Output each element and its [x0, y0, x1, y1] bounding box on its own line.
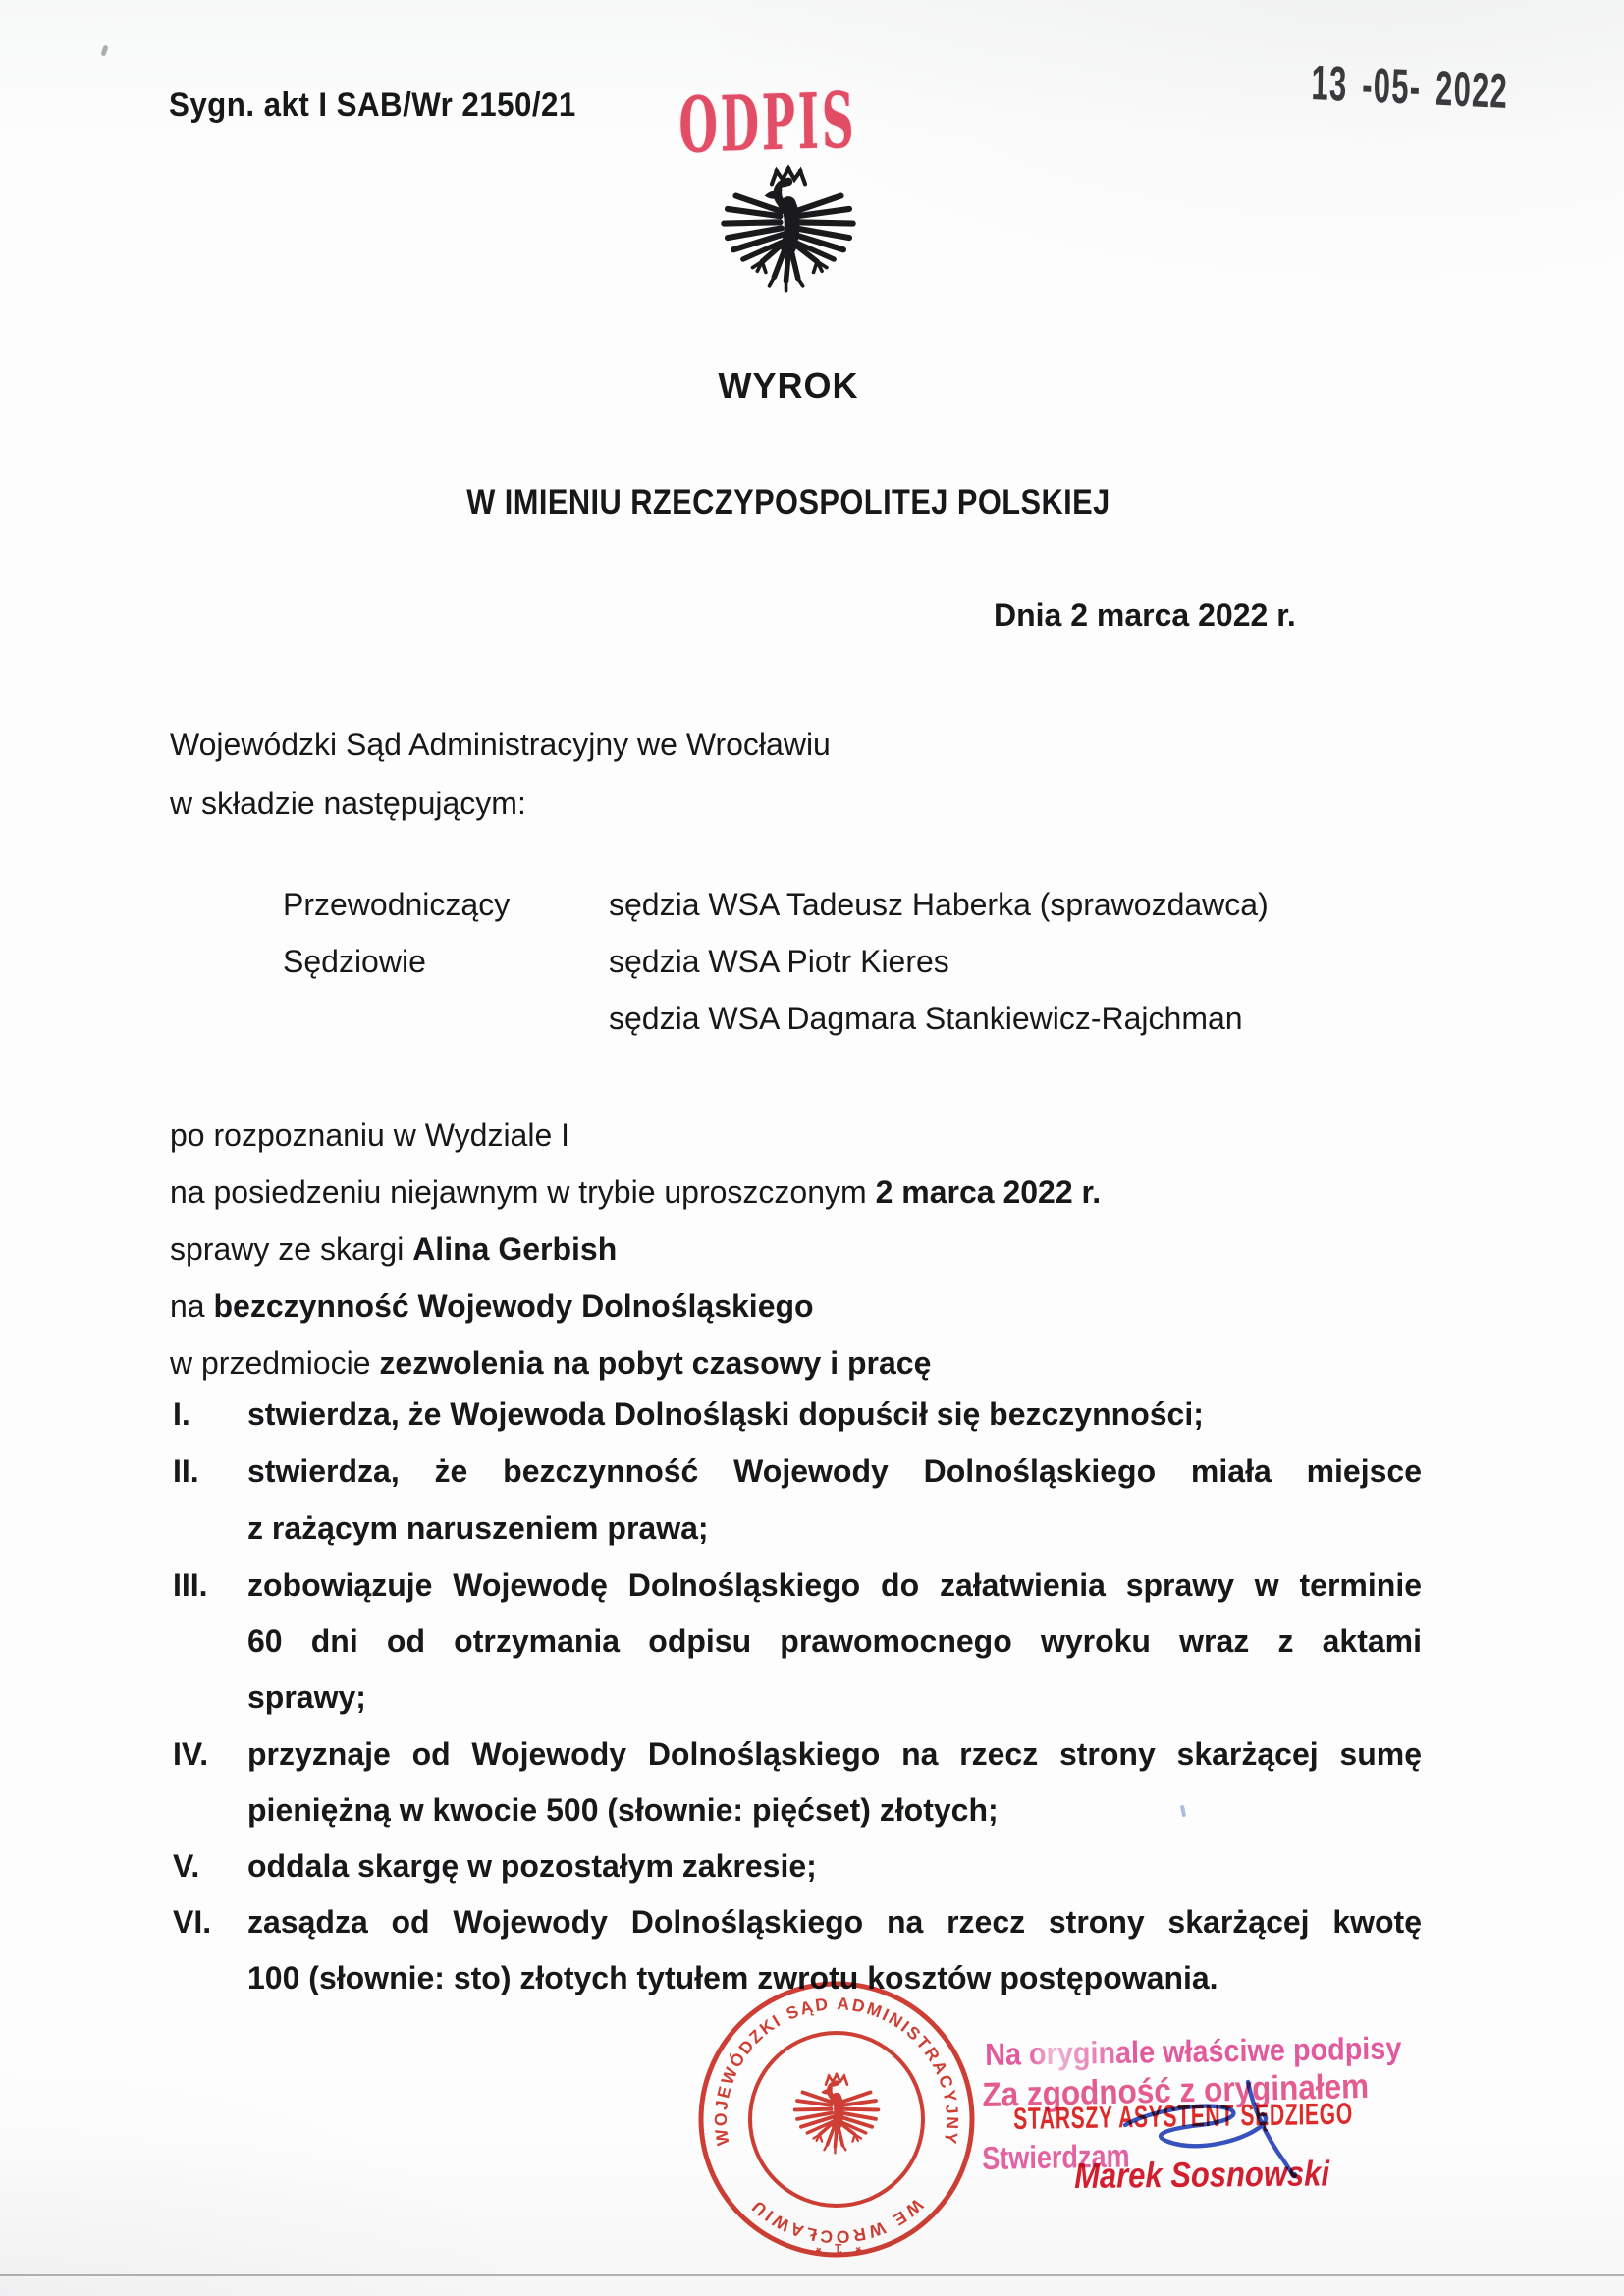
- certification-line-1: Na oryginale właściwe podpisy: [985, 2030, 1402, 2072]
- ruling-line: sprawy;: [247, 1679, 1422, 1716]
- recital-plain: w przedmiocie: [170, 1345, 379, 1381]
- ruling-numeral: II.: [173, 1453, 199, 1490]
- panel-judge: sędzia WSA Piotr Kieres: [609, 944, 949, 980]
- ruling-line: zobowiązuje Wojewodę Dolnośląskiego do z…: [247, 1567, 1422, 1604]
- judgment-title: WYROK: [0, 365, 1577, 406]
- judgment-page: Sygn. akt I SAB/Wr 2150/21 ODPIS 13 -05-…: [0, 0, 1624, 2296]
- seal-eagle-icon: [795, 2073, 879, 2153]
- judgment-date: Dnia 2 marca 2022 r.: [994, 597, 1296, 633]
- polish-eagle-emblem: [717, 163, 860, 322]
- recital-bold: bezczynność Wojewody Dolnośląskiego: [213, 1288, 813, 1324]
- odpis-copy-stamp: ODPIS: [678, 78, 857, 171]
- ruling-line: z rażącym naruszeniem prawa;: [247, 1510, 1422, 1547]
- court-round-seal: WOJEWÓDZKI SĄD ADMINISTRACYJNY WE WROCŁA…: [694, 1977, 979, 2262]
- recital-line: w przedmiocie zezwolenia na pobyt czasow…: [170, 1345, 931, 1382]
- ruling-line: zasądza od Wojewody Dolnośląskiego na rz…: [247, 1904, 1422, 1941]
- ruling-line: przyznaje od Wojewody Dolnośląskiego na …: [247, 1736, 1422, 1773]
- scan-speck: [100, 44, 108, 56]
- svg-text:* 1 *: * 1 *: [811, 2238, 862, 2257]
- ruling-line: 60 dni od otrzymania odpisu prawomocnego…: [247, 1623, 1422, 1660]
- ruling-numeral: I.: [173, 1396, 190, 1433]
- panel-role: Sędziowie: [283, 944, 426, 980]
- ruling-line: oddala skargę w pozostałym zakresie;: [247, 1848, 1422, 1885]
- recital-line: na bezczynność Wojewody Dolnośląskiego: [170, 1288, 814, 1325]
- recital-bold: 2 marca 2022 r.: [876, 1175, 1102, 1210]
- composition-intro: w składzie następującym:: [170, 786, 526, 822]
- seal-ring-marks: * 1 *: [811, 2238, 862, 2257]
- ruling-line: stwierdza, że Wojewoda Dolnośląski dopuś…: [247, 1396, 1422, 1433]
- panel-judge: sędzia WSA Tadeusz Haberka (sprawozdawca…: [609, 887, 1269, 923]
- ruling-numeral: IV.: [173, 1736, 208, 1773]
- scan-fold-line: [0, 2274, 1624, 2276]
- recital-plain: na: [170, 1288, 213, 1324]
- recital-bold: Alina Gerbish: [412, 1231, 617, 1267]
- ruling-numeral: III.: [173, 1567, 208, 1604]
- panel-judge: sędzia WSA Dagmara Stankiewicz-Rajchman: [609, 1001, 1243, 1037]
- recital-line: na posiedzeniu niejawnym w trybie uprosz…: [170, 1175, 1101, 1211]
- ruling-line: stwierdza, że bezczynność Wojewody Dolno…: [247, 1453, 1422, 1490]
- court-name: Wojewódzki Sąd Administracyjny we Wrocła…: [170, 727, 831, 763]
- ruling-numeral: VI.: [173, 1904, 211, 1941]
- recital-plain: po rozpoznaniu w Wydziale I: [170, 1118, 569, 1153]
- ruling-line: pieniężną w kwocie 500 (słownie: pięćset…: [247, 1792, 1422, 1829]
- recital-line: po rozpoznaniu w Wydziale I: [170, 1118, 569, 1154]
- judgment-subtitle: W IMIENIU RZECZYPOSPOLITEJ POLSKIEJ: [94, 483, 1482, 522]
- recital-line: sprawy ze skargi Alina Gerbish: [170, 1231, 617, 1268]
- received-date-stamp: 13 -05- 2022: [1311, 55, 1509, 121]
- ruling-numeral: V.: [173, 1848, 199, 1885]
- recital-plain: na posiedzeniu niejawnym w trybie uprosz…: [170, 1175, 876, 1210]
- case-number: Sygn. akt I SAB/Wr 2150/21: [169, 86, 576, 125]
- handwritten-signature: [1117, 2072, 1319, 2188]
- panel-role: Przewodniczący: [283, 887, 510, 923]
- recital-plain: sprawy ze skargi: [170, 1231, 412, 1267]
- recital-bold: zezwolenia na pobyt czasowy i pracę: [379, 1345, 931, 1381]
